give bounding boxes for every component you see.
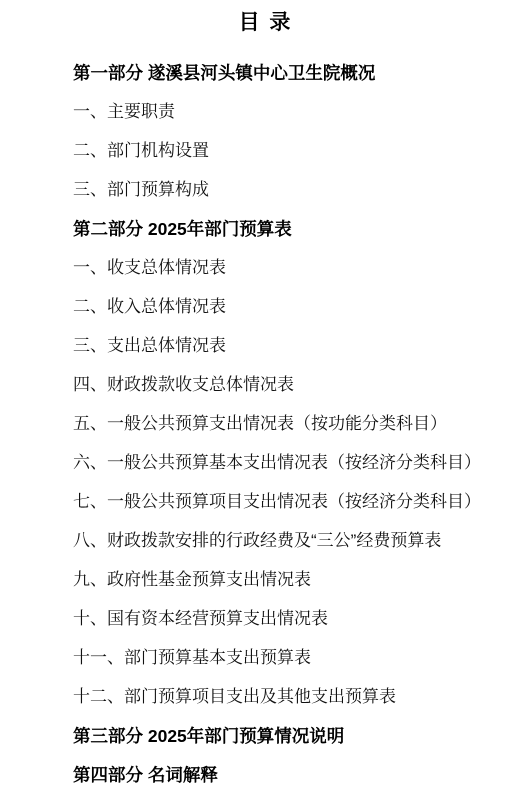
toc-item: 八、财政拨款安排的行政经费及“三公”经费预算表 (73, 531, 515, 551)
toc-item: 一、主要职责 (73, 102, 515, 122)
toc-item: 三、部门预算构成 (73, 180, 515, 200)
toc-item: 四、财政拨款收支总体情况表 (73, 375, 515, 395)
toc-item: 七、一般公共预算项目支出情况表（按经济分类科目） (73, 492, 515, 512)
toc-item: 二、收入总体情况表 (73, 297, 515, 317)
toc-item: 二、部门机构设置 (73, 141, 515, 161)
toc-item: 十一、部门预算基本支出预算表 (73, 648, 515, 668)
toc-item: 十、国有资本经营预算支出情况表 (73, 609, 515, 629)
toc-item: 五、一般公共预算支出情况表（按功能分类科目） (73, 414, 515, 434)
toc-list: 第一部分 遂溪县河头镇中心卫生院概况一、主要职责二、部门机构设置三、部门预算构成… (0, 63, 531, 785)
toc-section-heading: 第二部分 2025年部门预算表 (73, 219, 515, 239)
toc-item: 三、支出总体情况表 (73, 336, 515, 356)
page-title: 目 录 (0, 9, 531, 36)
toc-item: 六、一般公共预算基本支出情况表（按经济分类科目） (73, 453, 515, 473)
toc-item: 九、政府性基金预算支出情况表 (73, 570, 515, 590)
toc-section-heading: 第四部分 名词解释 (73, 765, 515, 785)
toc-section-heading: 第一部分 遂溪县河头镇中心卫生院概况 (73, 63, 515, 83)
document-page: 目 录 第一部分 遂溪县河头镇中心卫生院概况一、主要职责二、部门机构设置三、部门… (0, 0, 531, 803)
toc-item: 一、收支总体情况表 (73, 258, 515, 278)
toc-item: 十二、部门预算项目支出及其他支出预算表 (73, 687, 515, 707)
toc-section-heading: 第三部分 2025年部门预算情况说明 (73, 726, 515, 746)
